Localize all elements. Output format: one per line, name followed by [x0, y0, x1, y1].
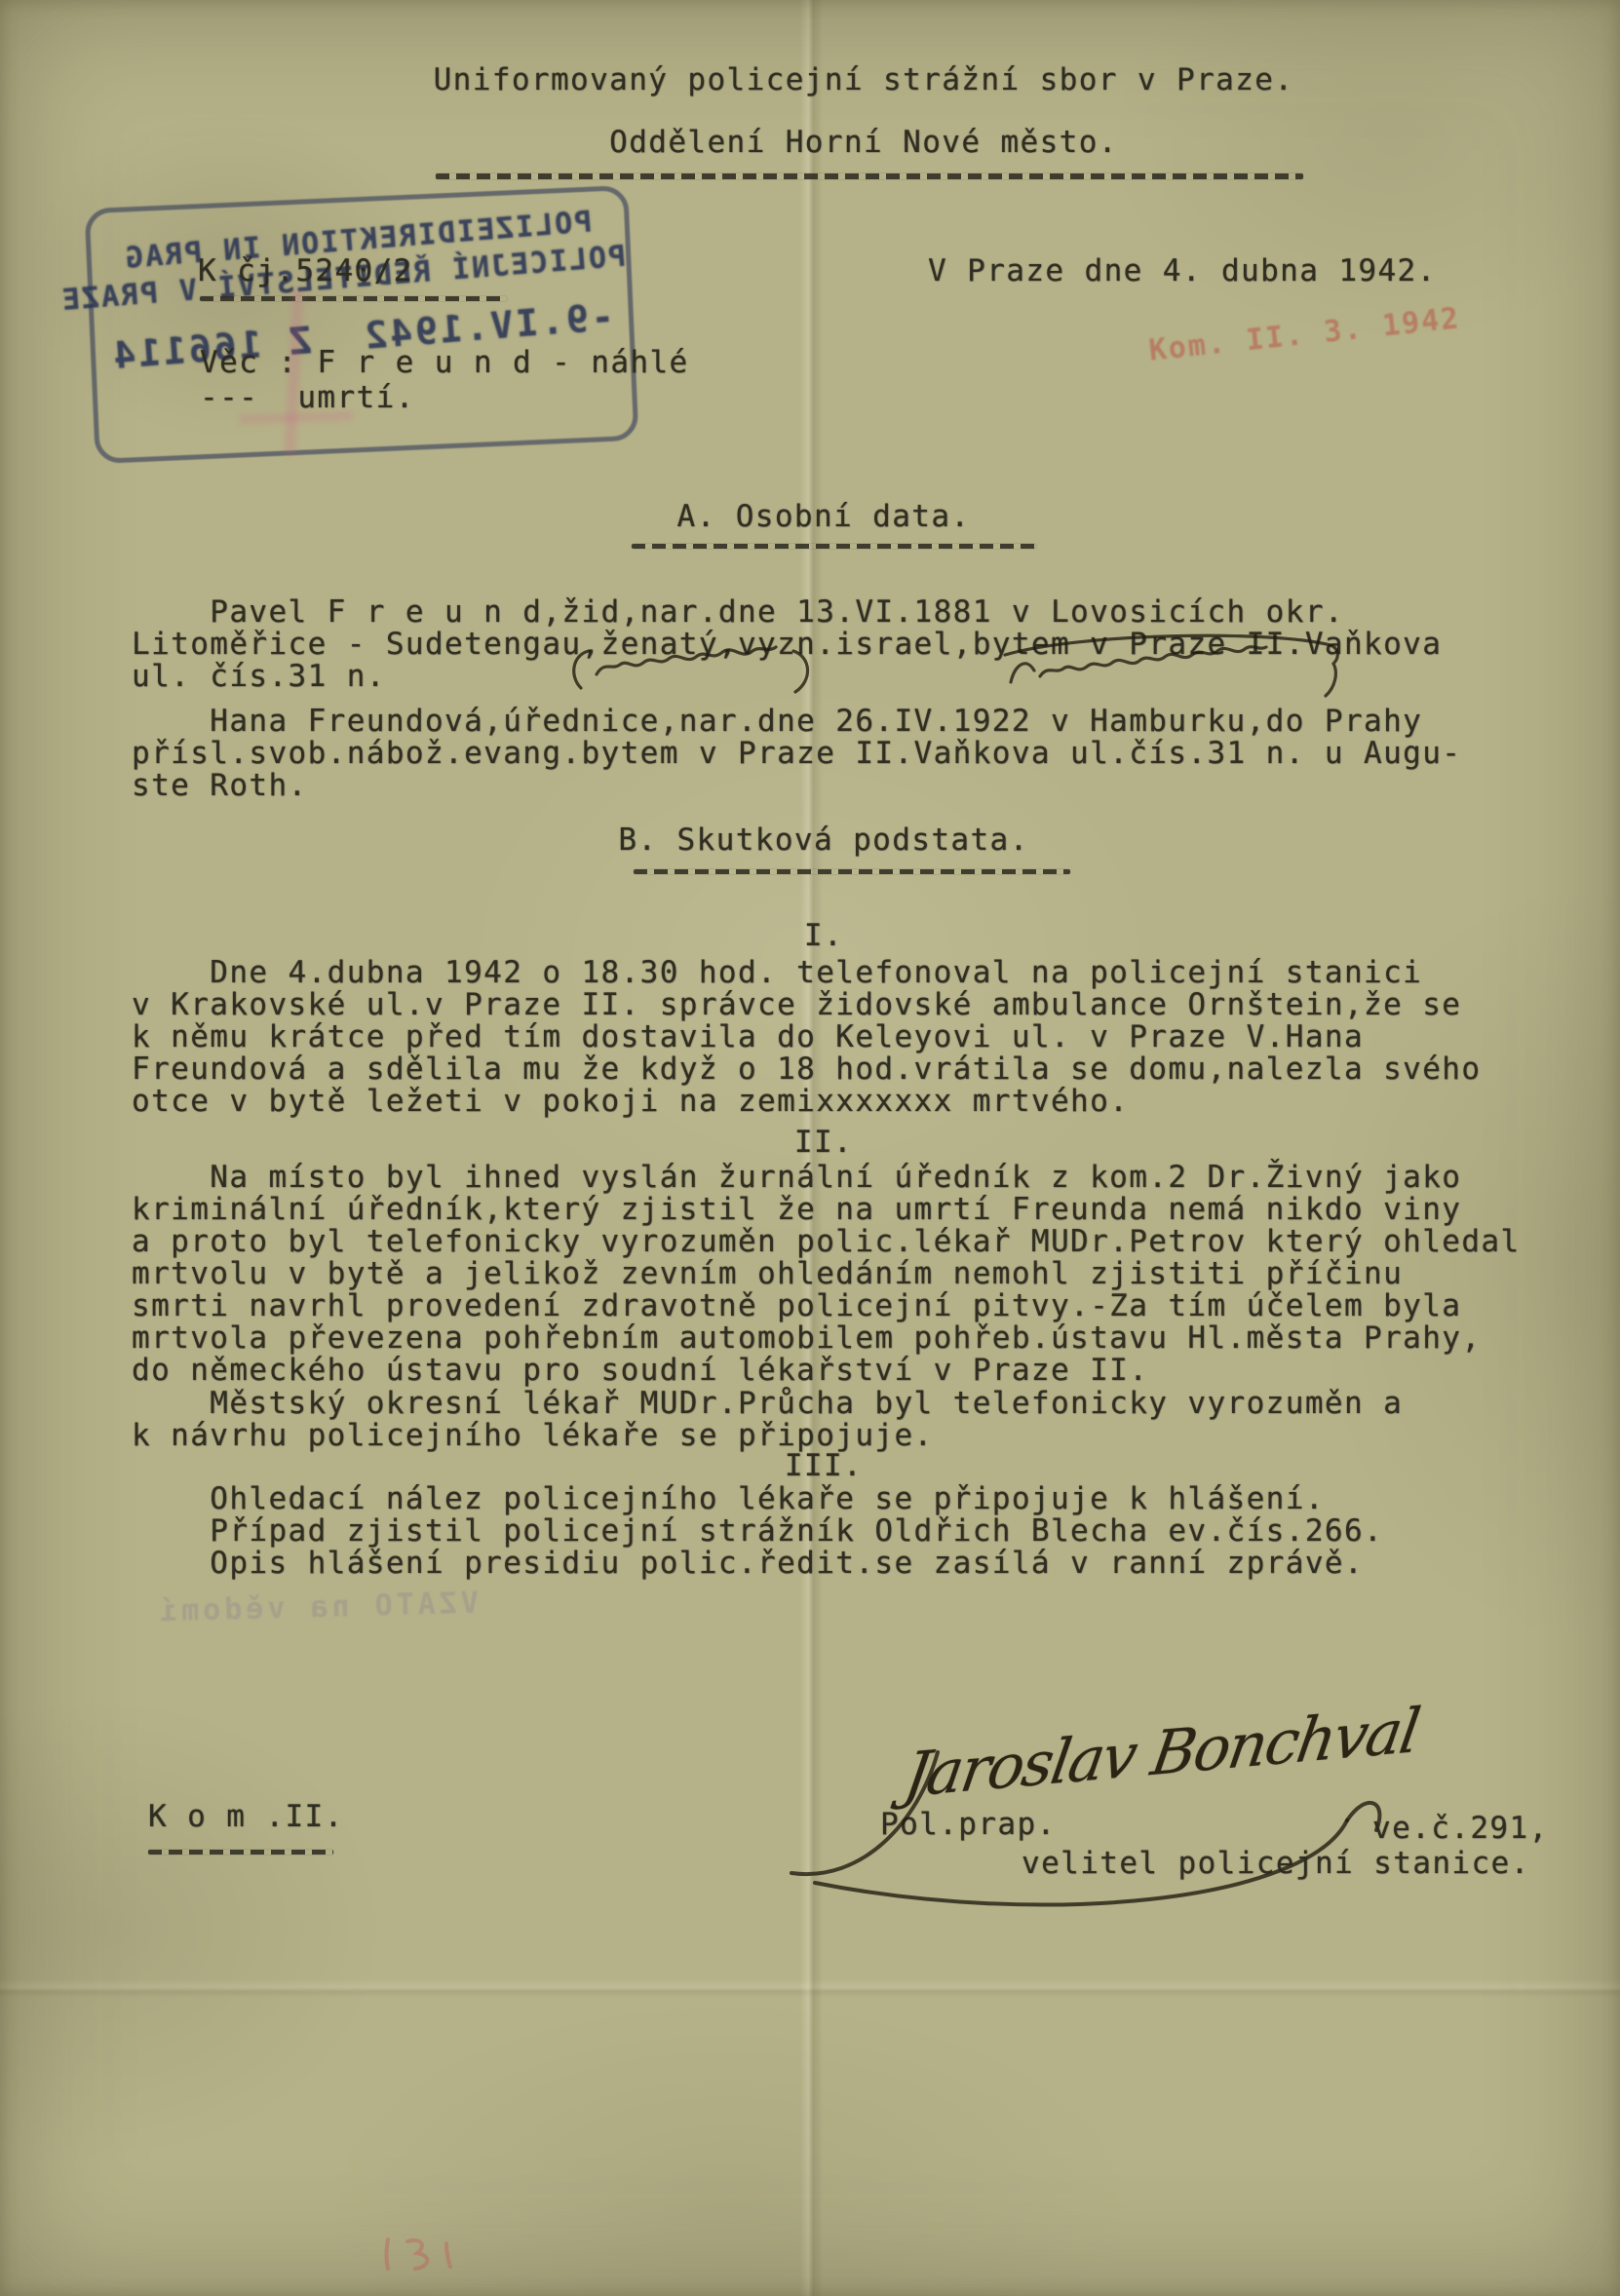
reference-underline [200, 296, 507, 301]
section-a-title: A. Osobní data. [132, 501, 1516, 533]
kom-underline [148, 1850, 333, 1855]
part-1-heading: I. [132, 920, 1516, 952]
text-line: Na místo byl ihned vyslán žurnální úředn… [132, 1162, 1521, 1194]
text-line: smrti navrhl provedení zdravotně policej… [132, 1290, 1521, 1322]
header-organization: Uniformovaný policejní strážní sbor v Pr… [117, 64, 1610, 96]
header-department: Oddělení Horní Nové město. [117, 127, 1610, 159]
document-page: Uniformovaný policejní strážní sbor v Pr… [0, 0, 1620, 2296]
section-a-paragraph-2: Hana Freundová,úřednice,nar.dne 26.IV.19… [132, 706, 1461, 802]
text-line: Ohledací nález policejního lékaře se při… [132, 1483, 1383, 1515]
text-line: mrtvolu v bytě a jelikož zevním ohledání… [132, 1258, 1521, 1290]
text-line: otce v bytě ležeti v pokoji na zemixxxxx… [132, 1086, 1481, 1118]
text-line: přísl.svob.nábož.evang.bytem v Praze II.… [132, 738, 1461, 770]
part-2-paragraph: Na místo byl ihned vyslán žurnální úředn… [132, 1162, 1521, 1387]
text-line: mrtvola převezena pohřebním automobilem … [132, 1322, 1521, 1355]
text-line: do německého ústavu pro soudní lékařství… [132, 1355, 1521, 1387]
ghost-stamp-text: VZATO na vědomí [156, 1587, 480, 1629]
subject-line-1: Věc : F r e u n d - náhlé [200, 347, 689, 379]
part-3-paragraph: Ohledací nález policejního lékaře se při… [132, 1483, 1383, 1580]
part-1-paragraph: Dne 4.dubna 1942 o 18.30 hod. telefonova… [132, 957, 1481, 1118]
text-line: Freundová a sdělila mu že když o 18 hod.… [132, 1053, 1481, 1086]
section-b-underline [634, 869, 1070, 874]
text-line: Pavel F r e u n d,žid,nar.dne 13.VI.1881… [132, 596, 1442, 629]
part-3-heading: III. [132, 1450, 1516, 1482]
part-2-paragraph-continued: Městský okresní lékař MUDr.Průcha byl te… [132, 1388, 1403, 1452]
subject-line-2: --- umrtí. [200, 382, 415, 414]
kom-label: K o m .II. [148, 1801, 344, 1833]
signer-title: velitel policejní stanice. [1022, 1848, 1530, 1880]
text-line: k návrhu policejního lékaře se připojuje… [132, 1420, 1403, 1452]
text-line: v Krakovské ul.v Praze II. správce židov… [132, 989, 1481, 1021]
text-line: k němu krátce před tím dostavila do Kele… [132, 1021, 1481, 1053]
reference-number: K čj.5240/2 [198, 255, 413, 287]
handwritten-annotation-right [999, 626, 1345, 704]
part-2-heading: II. [132, 1127, 1516, 1159]
red-pencil-mark-bottom [378, 2234, 485, 2273]
registry-stamp: POLIZEIDIREKTION IN PRAG POLICEJNÍ ŘEDIT… [85, 185, 639, 464]
section-b-title: B. Skutková podstata. [132, 824, 1516, 857]
badge-number: ve.č.291, [1372, 1813, 1549, 1845]
date-line: V Praze dne 4. dubna 1942. [928, 255, 1437, 287]
text-line: Dne 4.dubna 1942 o 18.30 hod. telefonova… [132, 957, 1481, 989]
handwritten-annotation-left [565, 639, 829, 700]
text-line: a proto byl telefonicky vyrozuměn polic.… [132, 1226, 1521, 1258]
red-date-stamp: Kom. II. 3. 1942 [1147, 301, 1462, 367]
text-line: Případ zjistil policejní strážník Oldřic… [132, 1515, 1383, 1548]
text-line: Hana Freundová,úřednice,nar.dne 26.IV.19… [132, 706, 1461, 738]
text-line: Opis hlášení presidiu polic.ředit.se zas… [132, 1548, 1383, 1580]
header-divider [436, 173, 1303, 179]
section-a-underline [632, 544, 1036, 549]
text-line: kriminální úředník,který zjistil že na u… [132, 1194, 1521, 1226]
text-line: Městský okresní lékař MUDr.Průcha byl te… [132, 1388, 1403, 1420]
text-line: ste Roth. [132, 770, 1461, 802]
